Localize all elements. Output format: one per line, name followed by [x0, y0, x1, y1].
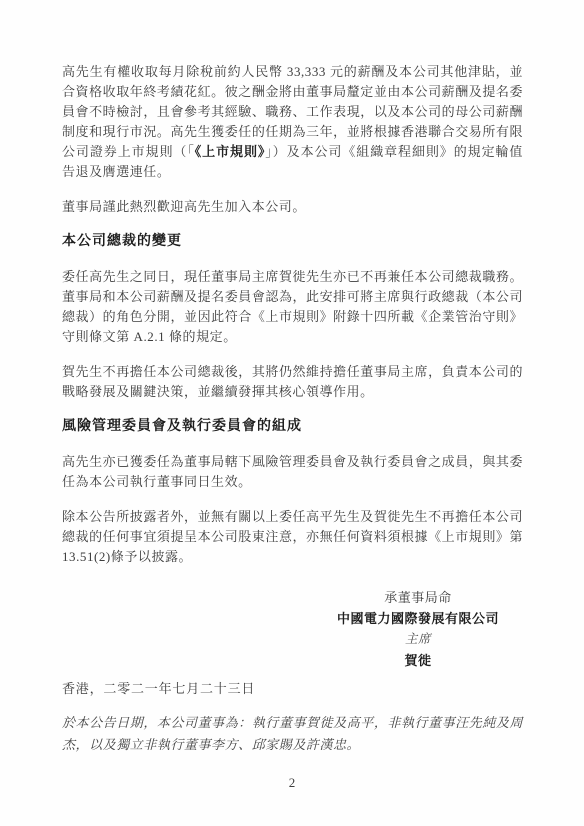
para-committee-membership: 高先生亦已獲委任為董事局轄下風險管理委員會及執行委員會之成員，與其委任為本公司執… — [62, 452, 523, 492]
signer-title: 主席 — [308, 629, 528, 650]
para-disclosure: 除本公告所披露者外，並無有關以上委任高平先生及賀徙先生不再擔任本公司總裁的任何事… — [62, 507, 523, 567]
directors-note: 於本公告日期，本公司董事為：執行董事賀徙及高平，非執行董事汪先純及周杰，以及獨立… — [62, 712, 523, 756]
dateline: 香港，二零二一年七月二十三日 — [62, 679, 523, 699]
signature-block: 承董事局命 中國電力國際發展有限公司 主席 賀徙 — [308, 587, 528, 671]
company-name: 中國電力國際發展有限公司 — [308, 608, 528, 629]
announcement-page: 高先生有權收取每月除稅前約人民幣 33,333 元的薪酬及本公司其他津貼，並合資… — [0, 0, 584, 826]
para-ceo-change: 委任高先生之同日，現任董事局主席賀徙先生亦已不再兼任本公司總裁職務。董事局和本公… — [62, 267, 523, 347]
signer-name: 賀徙 — [308, 650, 528, 671]
announcement-content: 高先生有權收取每月除稅前約人民幣 33,333 元的薪酬及本公司其他津貼，並合資… — [62, 62, 523, 756]
heading-committee-composition: 風險管理委員會及執行委員會的組成 — [62, 417, 523, 437]
page-number: 2 — [0, 775, 584, 791]
by-order-line: 承董事局命 — [308, 587, 528, 608]
para-remuneration: 高先生有權收取每月除稅前約人民幣 33,333 元的薪酬及本公司其他津貼，並合資… — [62, 62, 523, 182]
heading-ceo-change: 本公司總裁的變更 — [62, 232, 523, 252]
para-welcome: 董事局謹此熱烈歡迎高先生加入本公司。 — [62, 197, 523, 217]
para-chairman-role: 賀先生不再擔任本公司總裁後，其將仍然維持擔任董事局主席，負責本公司的戰略發展及關… — [62, 362, 523, 402]
